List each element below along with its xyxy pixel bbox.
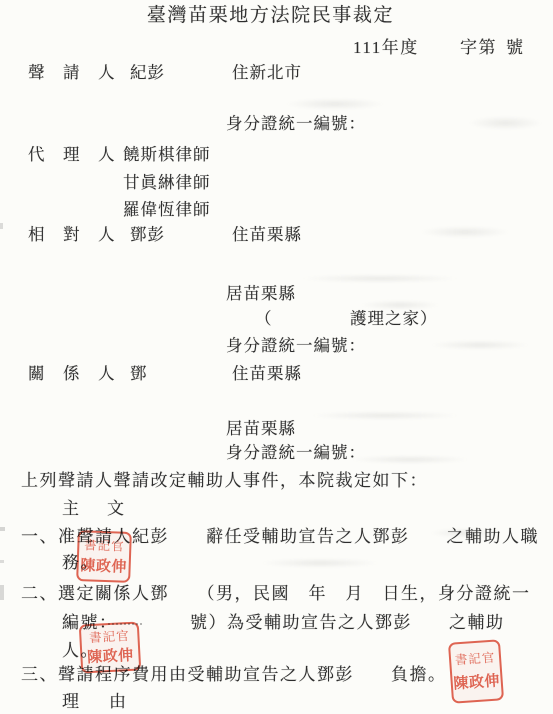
scan-smudge [430,340,530,350]
respondent-id-label: 身分證統一編號： [226,335,366,357]
scan-smudge [300,274,460,283]
applicant-label: 聲 請 人 [28,62,116,84]
stamp-clerk-title: 書記官 [454,651,495,666]
main-text-heading-left: 主 [62,498,81,520]
related-label: 關 係 人 [28,363,116,385]
applicant-name: 紀彭 [130,62,165,84]
respondent-facility-paren: （ [255,308,273,330]
stamp-clerk-title: 書記官 [84,539,125,553]
respondent-name: 鄧彭 [130,224,165,246]
scan-smudge [285,98,385,110]
agent-name-1: 饒斯棋律師 [123,144,211,166]
scan-smudge [350,455,470,464]
agent-name-3: 羅偉恆律師 [123,199,211,221]
scan-edge-mark [0,560,4,563]
clerk-stamp-3: 書記官 陳政伸 [448,639,504,703]
respondent-residence: 居苗栗縣 [226,283,296,305]
applicant-address: 住新北市 [232,62,302,84]
court-ruling-document: 臺灣苗栗地方法院民事裁定 111年度 字第 號 聲 請 人 紀彭 住新北市 身分… [0,0,553,714]
scan-smudge [260,558,380,568]
clerk-stamp-1: 書記官 陳政伸 [76,530,132,583]
related-name: 鄧 [130,363,148,385]
reason-heading-right: 由 [109,691,128,713]
ruling-item-2: 二、選定關係人鄧 （男，民國 年 月 日生，身分證統一 [21,583,531,605]
stamp-clerk-name: 陳政伸 [87,648,134,665]
document-title: 臺灣苗栗地方法院民事裁定 [0,5,547,27]
agent-name-2: 甘眞綝律師 [123,172,211,194]
reason-heading-left: 理 [62,691,81,713]
ruling-item-2-cont-suffix: 號）為受輔助宣告之人鄧彭 之輔助 [190,612,505,634]
stamp-clerk-title: 書記官 [89,630,130,645]
scan-edge-mark [0,527,5,531]
scan-smudge [420,226,510,238]
stamp-clerk-name: 陳政伸 [80,558,127,575]
related-address: 住苗栗縣 [232,363,302,385]
respondent-address: 住苗栗縣 [232,224,302,246]
scan-edge-mark [0,223,3,229]
stamp-clerk-name: 陳政伸 [453,674,500,692]
main-text-heading-right: 文 [107,498,126,520]
respondent-label: 相 對 人 [28,224,116,246]
case-word: 字第 [460,37,497,59]
case-number: 號 [506,37,525,59]
case-year: 111年度 [353,37,419,59]
ruling-intro: 上列聲請人聲請改定輔助人事件，本院裁定如下： [21,470,428,492]
applicant-id-label: 身分證統一編號： [226,113,366,135]
clerk-stamp-2: 書記官 陳政伸 [79,621,141,673]
related-id-label: 身分證統一編號： [226,442,366,464]
scan-smudge [468,116,543,130]
agent-label: 代 理 人 [28,144,116,166]
related-residence: 居苗栗縣 [226,418,296,440]
scan-smudge [310,411,460,420]
scan-edge-mark [0,585,4,600]
respondent-facility: 護理之家） [350,308,438,330]
